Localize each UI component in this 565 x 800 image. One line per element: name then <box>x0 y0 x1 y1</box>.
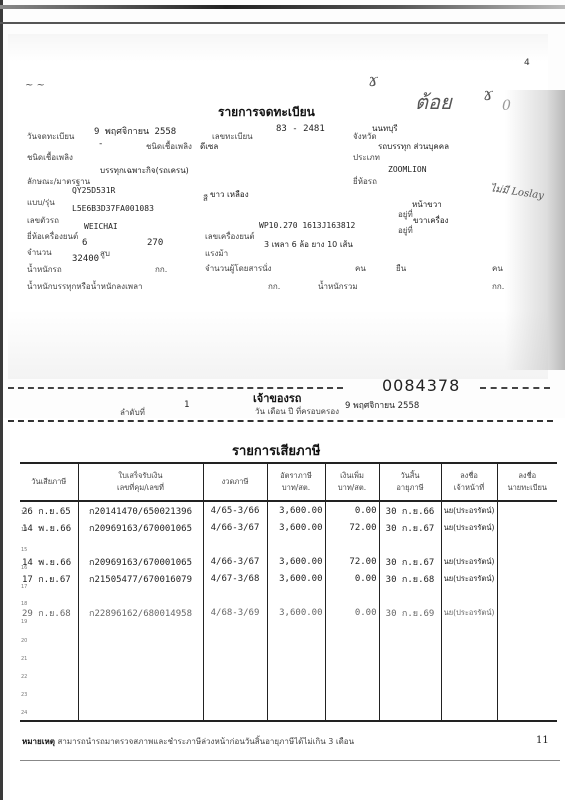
note-text: สามารถนำรถมาตรวจสภาพและชำระภาษีล่วงหน้าก… <box>57 737 354 746</box>
cell-rate: 3,600.00 <box>267 570 325 587</box>
reg-no-value: 83 - 2481 <box>276 124 325 134</box>
total-weight-label: น้ำหนักรวม <box>318 280 358 293</box>
cell-period: 4/66-3/67 <box>203 553 267 570</box>
tax-title: รายการเสียภาษี <box>232 440 321 461</box>
handwriting: ɤ <box>368 70 378 91</box>
cell-empty <box>379 621 441 721</box>
possession-date-label: วัน เดือน ปี ที่ครอบครอง <box>255 405 339 418</box>
cell-registrar <box>497 587 557 604</box>
cell-officer <box>441 536 497 553</box>
cell-period: 4/65-3/66 <box>203 501 267 519</box>
fuel-kind-value: ดีเซล <box>200 140 218 153</box>
handwriting: 0 <box>502 98 511 114</box>
engine-location-value: ขวาเครื่อง <box>413 214 449 227</box>
order-label: ลำดับที่ <box>120 406 145 419</box>
row-number: 18 <box>21 601 27 607</box>
chassis-value: L5E6B3D37FA001083 <box>72 204 154 213</box>
cell-extra <box>325 536 379 553</box>
category-label: ประเภท <box>353 151 380 164</box>
row-number: 15 <box>21 547 27 553</box>
fuel-type-value: - <box>98 139 103 149</box>
col-officer-sign: ลงชื่อ เจ้าหน้าที่ <box>441 463 497 501</box>
table-row: 26 ก.ย.65 ก20141470/650021396 4/65-3/66 … <box>20 501 557 519</box>
cell-extra: 0.00 <box>325 604 379 621</box>
cell-period: 4/67-3/68 <box>203 570 267 587</box>
cell-rate <box>267 536 325 553</box>
fuel-type-label: ชนิดเชื้อเพลิง <box>27 151 73 164</box>
engine-brand-label: ยี่ห้อเครื่องยนต์ <box>27 230 78 243</box>
kg-unit: กก. <box>492 280 504 293</box>
kg-unit: กก. <box>155 263 167 276</box>
col-tax-date: วันเสียภาษี <box>20 463 78 501</box>
scan-edge <box>0 0 3 800</box>
cell-expiry: 30 ก.ย.68 <box>379 570 441 587</box>
order-value: 1 <box>184 400 189 410</box>
character-value: บรรทุกเฉพาะกิจ(รถเครน) <box>100 164 189 177</box>
cell-officer: นย(ประอรรัตน์) <box>441 501 497 519</box>
cell-date: 29 ก.ย.68 <box>20 604 78 621</box>
axle-value: 3 เพลา 6 ล้อ ยาง 10 เส้น <box>264 238 353 251</box>
footnote: หมายเหตุ สามารถนำรถมาตรวจสภาพและชำระภาษี… <box>22 735 354 748</box>
bottom-rule <box>20 760 560 761</box>
color-label: สี <box>203 192 208 205</box>
cell-empty <box>78 621 203 721</box>
model-value: QY25D531R <box>72 186 115 195</box>
cell-empty <box>497 621 557 721</box>
cell-extra: 72.00 <box>325 519 379 536</box>
scan-band <box>0 22 565 24</box>
table-row-empty <box>20 621 557 721</box>
cell-extra: 0.00 <box>325 501 379 519</box>
perforation-line <box>8 420 553 422</box>
color-value: ขาว เหลือง <box>210 188 249 201</box>
engine-brand-value: WEICHAI <box>84 222 118 231</box>
cell-date <box>20 536 78 553</box>
row-number: 13 <box>21 510 27 516</box>
table-header-row: วันเสียภาษี ใบเสร็จรับเงิน เลขที่คุม/เลข… <box>20 463 557 501</box>
col-extra: เงินเพิ่ม บาท/สต. <box>325 463 379 501</box>
registration-title: รายการจดทะเบียน <box>218 103 315 122</box>
cell-receipt: ก20969163/670001065 <box>78 519 203 536</box>
cell-date: 14 พ.ย.66 <box>20 553 78 570</box>
cell-receipt: ก21505477/670016079 <box>78 570 203 587</box>
table-row: 29 ก.ย.68 ก22896162/680014958 4/68-3/69 … <box>20 604 557 621</box>
cell-receipt: ก20141470/650021396 <box>78 501 203 519</box>
note-label: หมายเหตุ <box>22 737 55 746</box>
reg-date-value: 9 พฤศจิกายน 2558 <box>94 124 176 138</box>
cell-expiry <box>379 536 441 553</box>
cell-empty <box>267 621 325 721</box>
fuel-kind-label: ชนิดเชื้อเพลิง <box>146 140 192 153</box>
stand-label: ยืน <box>396 262 406 275</box>
cylinder-label: สูบ <box>100 247 110 260</box>
cell-extra: 72.00 <box>325 553 379 570</box>
cell-registrar <box>497 604 557 621</box>
cell-expiry: 30 ก.ย.67 <box>379 519 441 536</box>
cell-empty <box>325 621 379 721</box>
table-row <box>20 587 557 604</box>
cell-rate: 3,600.00 <box>267 501 325 519</box>
cell-empty <box>20 621 78 721</box>
cell-period: 4/66-3/67 <box>203 519 267 536</box>
cell-rate <box>267 587 325 604</box>
brand-label: ยี่ห้อรถ <box>353 175 377 188</box>
cell-period <box>203 536 267 553</box>
cell-date <box>20 587 78 604</box>
cell-expiry: 30 ก.ย.66 <box>379 501 441 519</box>
cell-expiry <box>379 587 441 604</box>
kg-unit: กก. <box>268 280 280 293</box>
category-value: รถบรรทุก ส่วนบุคคล <box>378 140 449 153</box>
row-number: 14 <box>21 527 27 533</box>
row-number: 22 <box>21 674 27 680</box>
row-number: 17 <box>21 584 27 590</box>
count-label: จำนวน <box>27 246 52 259</box>
row-number: 21 <box>21 656 27 662</box>
cell-officer: นย(ประอรรัตน์) <box>441 519 497 536</box>
cell-date: 14 พ.ย.66 <box>20 519 78 536</box>
row-number: 23 <box>21 692 27 698</box>
col-expiry: วันสิ้น อายุภาษี <box>379 463 441 501</box>
row-number: 19 <box>21 619 27 625</box>
engine-no-label: เลขเครื่องยนต์ <box>205 230 255 243</box>
cell-empty <box>203 621 267 721</box>
cell-registrar <box>497 519 557 536</box>
cell-officer: นย(ประอรรัตน์) <box>441 604 497 621</box>
scan-band <box>0 5 565 9</box>
weight-value: 32400 <box>72 254 99 264</box>
row-number: 20 <box>21 638 27 644</box>
load-label: น้ำหนักบรรทุกหรือน้ำหนักลงเพลา <box>27 280 142 293</box>
cell-rate: 3,600.00 <box>267 519 325 536</box>
col-receipt: ใบเสร็จรับเงิน เลขที่คุม/เลขที่ <box>78 463 203 501</box>
row-number: 24 <box>21 710 27 716</box>
handwriting: ต้อย <box>415 86 452 118</box>
engine-no-value: WP10.270 1613J163812 <box>259 221 355 230</box>
chassis-label: เลขตัวรถ <box>27 214 59 227</box>
cell-period: 4/68-3/69 <box>203 604 267 621</box>
table-row <box>20 536 557 553</box>
horsepower-label: แรงม้า <box>205 247 228 260</box>
scanned-page: ~ ~ ɤ ต้อย ɤ 0 4 ไม่มี Loslay รายการจดทะ… <box>0 0 565 800</box>
cell-empty <box>441 621 497 721</box>
cell-registrar <box>497 536 557 553</box>
handwriting: ɤ <box>483 84 493 105</box>
cell-extra <box>325 587 379 604</box>
cell-receipt: ก20969163/670001065 <box>78 553 203 570</box>
engine-location-label: อยู่ที่ <box>398 224 413 237</box>
cell-officer <box>441 587 497 604</box>
cell-receipt: ก22896162/680014958 <box>78 604 203 621</box>
person-unit: คน <box>492 262 503 275</box>
cell-registrar <box>497 570 557 587</box>
brand-value: ZOOMLION <box>388 165 427 174</box>
cell-officer: นย(ประอรรัตน์) <box>441 570 497 587</box>
cell-rate: 3,600.00 <box>267 553 325 570</box>
cell-officer: นย(ประอรรัตน์) <box>441 553 497 570</box>
tax-table: วันเสียภาษี ใบเสร็จรับเงิน เลขที่คุม/เลข… <box>20 462 557 722</box>
cell-registrar <box>497 553 557 570</box>
col-period: งวดภาษี <box>203 463 267 501</box>
chassis-location-value: หน้าขวา <box>412 198 442 211</box>
cell-receipt <box>78 536 203 553</box>
cell-expiry: 30 ก.ย.69 <box>379 604 441 621</box>
row-number: 16 <box>21 565 27 571</box>
serial-number: 0084378 <box>382 376 460 395</box>
table-row: 17 ก.ย.67 ก21505477/670016079 4/67-3/68 … <box>20 570 557 587</box>
province-value: นนทบุรี <box>372 122 398 135</box>
page-number: 11 <box>536 735 549 746</box>
table-row: 14 พ.ย.66 ก20969163/670001065 4/66-3/67 … <box>20 519 557 536</box>
cell-date: 17 ก.ย.67 <box>20 570 78 587</box>
possession-date-value: 9 พฤศจิกายน 2558 <box>345 398 419 412</box>
perforation-line <box>480 387 550 389</box>
table-row: 14 พ.ย.66 ก20969163/670001065 4/66-3/67 … <box>20 553 557 570</box>
cell-receipt <box>78 587 203 604</box>
scan-shadow <box>505 90 565 370</box>
seats-label: จำนวนผู้โดยสารนั่ง <box>205 262 272 275</box>
person-unit: คน <box>355 262 366 275</box>
col-rate: อัตราภาษี บาท/สต. <box>267 463 325 501</box>
count-value: 6 <box>82 238 87 248</box>
cell-period <box>203 587 267 604</box>
chassis-location-label: อยู่ที่ <box>398 208 413 221</box>
cell-registrar <box>497 501 557 519</box>
handwriting: ~ ~ <box>25 80 45 91</box>
weight-label: น้ำหนักรถ <box>27 263 62 276</box>
model-label: แบบ/รุ่น <box>27 196 55 209</box>
col-registrar-sign: ลงชื่อ นายทะเบียน <box>497 463 557 501</box>
cell-rate: 3,600.00 <box>267 604 325 621</box>
cc-value: 270 <box>147 238 163 248</box>
cell-extra: 0.00 <box>325 570 379 587</box>
reg-date-label: วันจดทะเบียน <box>27 130 74 143</box>
cell-date: 26 ก.ย.65 <box>20 501 78 519</box>
page-corner-number: 4 <box>524 58 530 68</box>
cell-expiry: 30 ก.ย.67 <box>379 553 441 570</box>
